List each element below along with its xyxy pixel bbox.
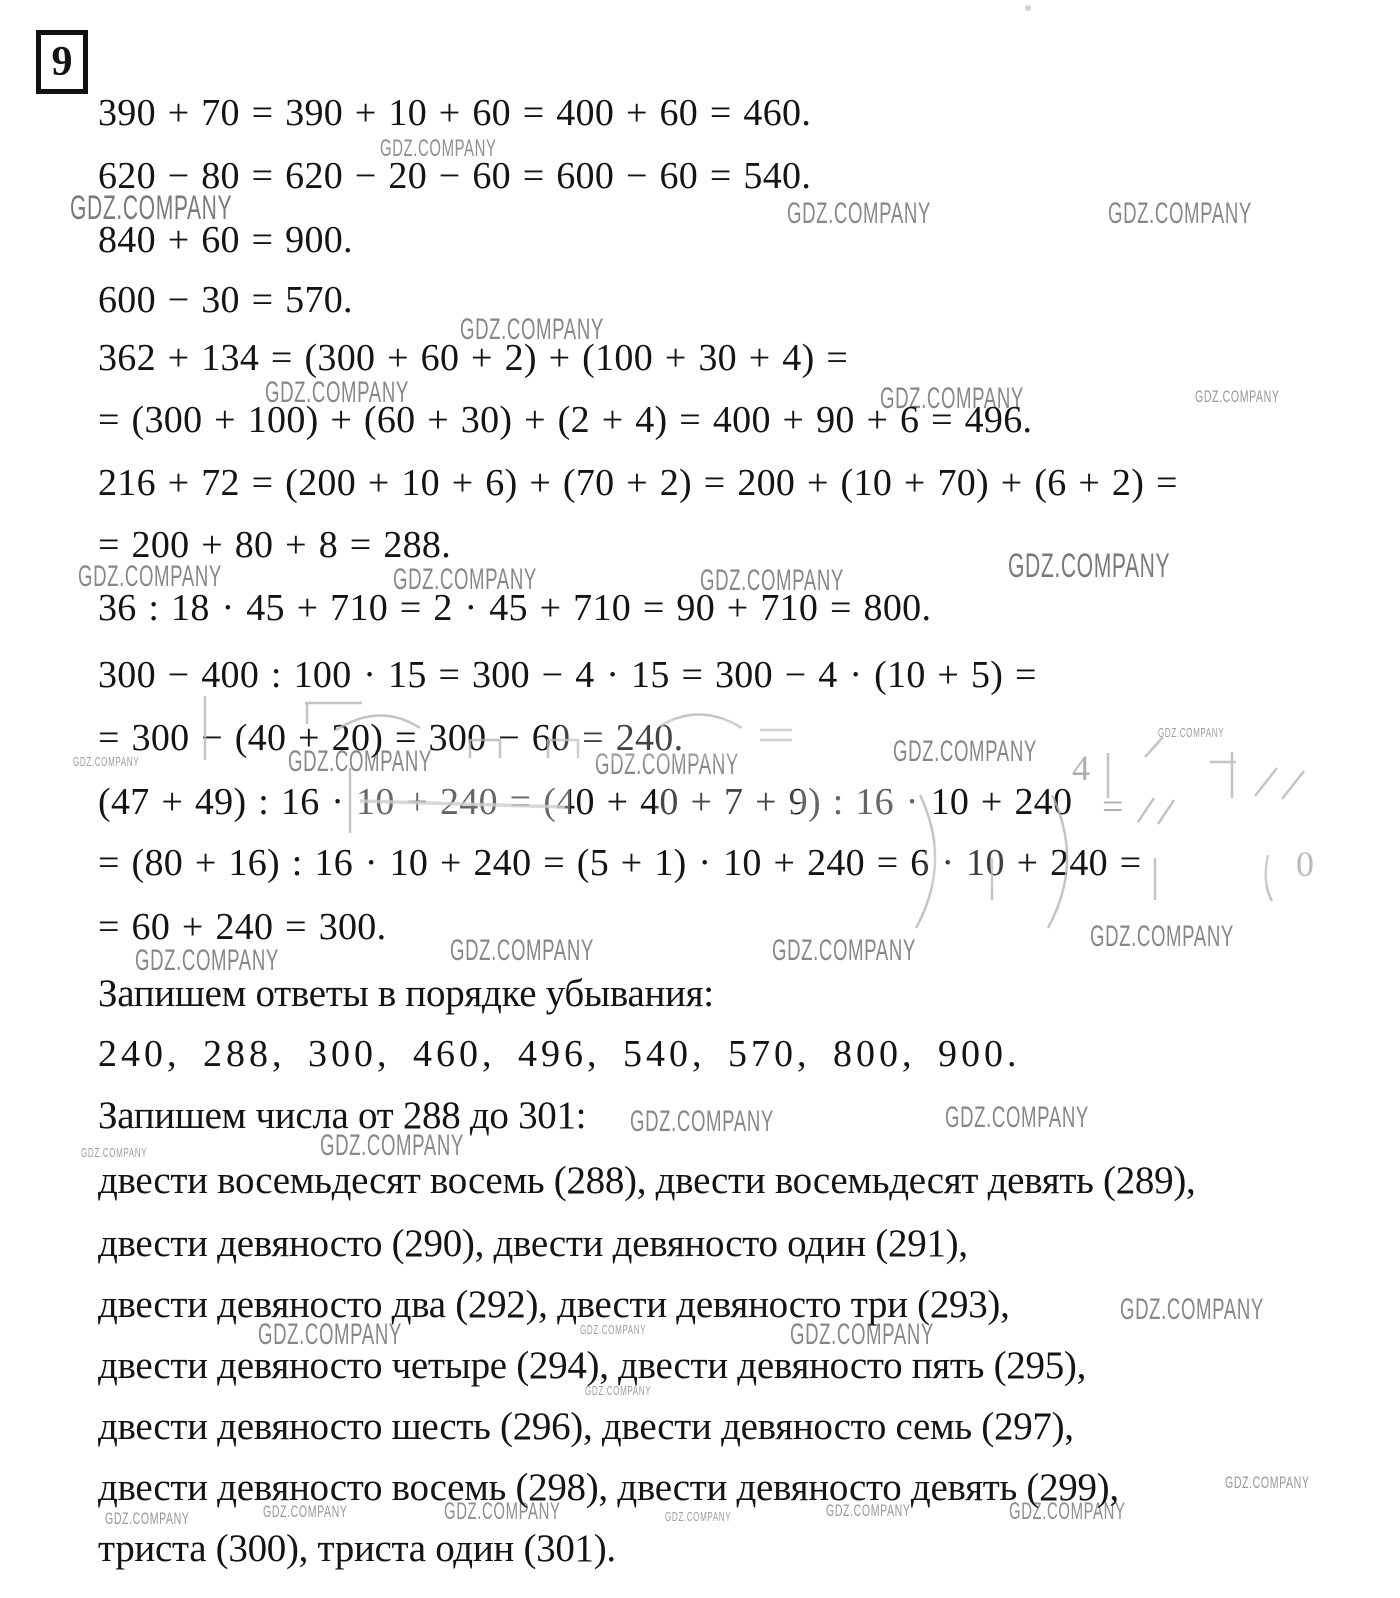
equation-line: 620 − 80 = 620 − 20 − 60 = 600 − 60 = 54…	[98, 157, 811, 195]
watermark: GDZ.COMPANY	[1120, 1295, 1264, 1325]
ghost-equals-artifact: =	[1102, 788, 1123, 826]
problem-number: 9	[52, 38, 73, 86]
watermark: GDZ.COMPANY	[81, 1146, 147, 1159]
answers-list: 240, 288, 300, 460, 496, 540, 570, 800, …	[98, 1035, 1021, 1073]
equation-line: 600 − 30 = 570.	[98, 281, 353, 319]
descending-order-caption: Запишем ответы в порядке убывания:	[98, 974, 714, 1013]
watermark: GDZ.COMPANY	[1108, 199, 1252, 229]
equation-line: 362 + 134 = (300 + 60 + 2) + (100 + 30 +…	[98, 339, 848, 377]
watermark: GDZ.COMPANY	[450, 936, 594, 966]
equation-line: = 60 + 240 = 300.	[98, 908, 386, 946]
number-words-line: двести девяносто (290), двести девяносто…	[98, 1224, 968, 1263]
number-range-caption: Запишем числа от 288 до 301:	[98, 1096, 586, 1135]
watermark: GDZ.COMPANY	[1158, 726, 1224, 739]
number-words-line: двести девяносто восемь (298), двести де…	[98, 1468, 1119, 1507]
ghost-digit-artifact: 0	[1296, 846, 1314, 882]
equation-line: 36 : 18 · 45 + 710 = 2 · 45 + 710 = 90 +…	[98, 589, 931, 627]
watermark: GDZ.COMPANY	[1225, 1474, 1310, 1491]
solution-page: 9 390 + 70 = 390 + 10 + 60 = 400 + 60 = …	[0, 0, 1400, 1598]
number-words-line: триста (300), триста один (301).	[98, 1529, 616, 1568]
watermark: GDZ.COMPANY	[772, 936, 916, 966]
watermark: GDZ.COMPANY	[630, 1107, 774, 1137]
equation-line: 390 + 70 = 390 + 10 + 60 = 400 + 60 = 46…	[98, 94, 811, 132]
print-fade-artifact	[1250, 844, 1340, 886]
equation-line: = 200 + 80 + 8 = 288.	[98, 526, 451, 564]
number-words-line: двести девяносто четыре (294), двести де…	[98, 1346, 1086, 1385]
problem-number-box: 9	[36, 30, 88, 94]
watermark: GDZ.COMPANY	[665, 1510, 731, 1523]
equation-line: = (300 + 100) + (60 + 30) + (2 + 4) = 40…	[98, 401, 1032, 439]
equation-line: 840 + 60 = 900.	[98, 221, 353, 259]
number-words-line: двести девяносто шесть (296), двести дев…	[98, 1407, 1074, 1446]
equation-line: 300 − 400 : 100 · 15 = 300 − 4 · 15 = 30…	[98, 656, 1037, 694]
watermark: GDZ.COMPANY	[787, 199, 931, 229]
watermark: GDZ.COMPANY	[1090, 922, 1234, 952]
watermark: GDZ.COMPANY	[105, 1510, 190, 1527]
ghost-digit-artifact: 4	[1072, 750, 1090, 786]
watermark: GDZ.COMPANY	[893, 737, 1037, 767]
watermark: GDZ.COMPANY	[945, 1103, 1089, 1133]
equation-line: = 300 − (40 + 20) = 300 − 60 = 240.	[98, 719, 683, 757]
equation-line: 216 + 72 = (200 + 10 + 6) + (70 + 2) = 2…	[98, 464, 1178, 502]
number-words-line: двести восемьдесят восемь (288), двести …	[98, 1161, 1195, 1200]
equation-line: = (80 + 16) : 16 · 10 + 240 = (5 + 1) · …	[98, 844, 1142, 882]
watermark: GDZ.COMPANY	[1008, 549, 1170, 583]
number-words-line: двести девяносто два (292), двести девян…	[98, 1285, 1010, 1324]
watermark: GDZ.COMPANY	[1195, 388, 1280, 405]
equation-line: (47 + 49) : 16 · 10 + 240 = (40 + 40 + 7…	[98, 783, 1072, 821]
